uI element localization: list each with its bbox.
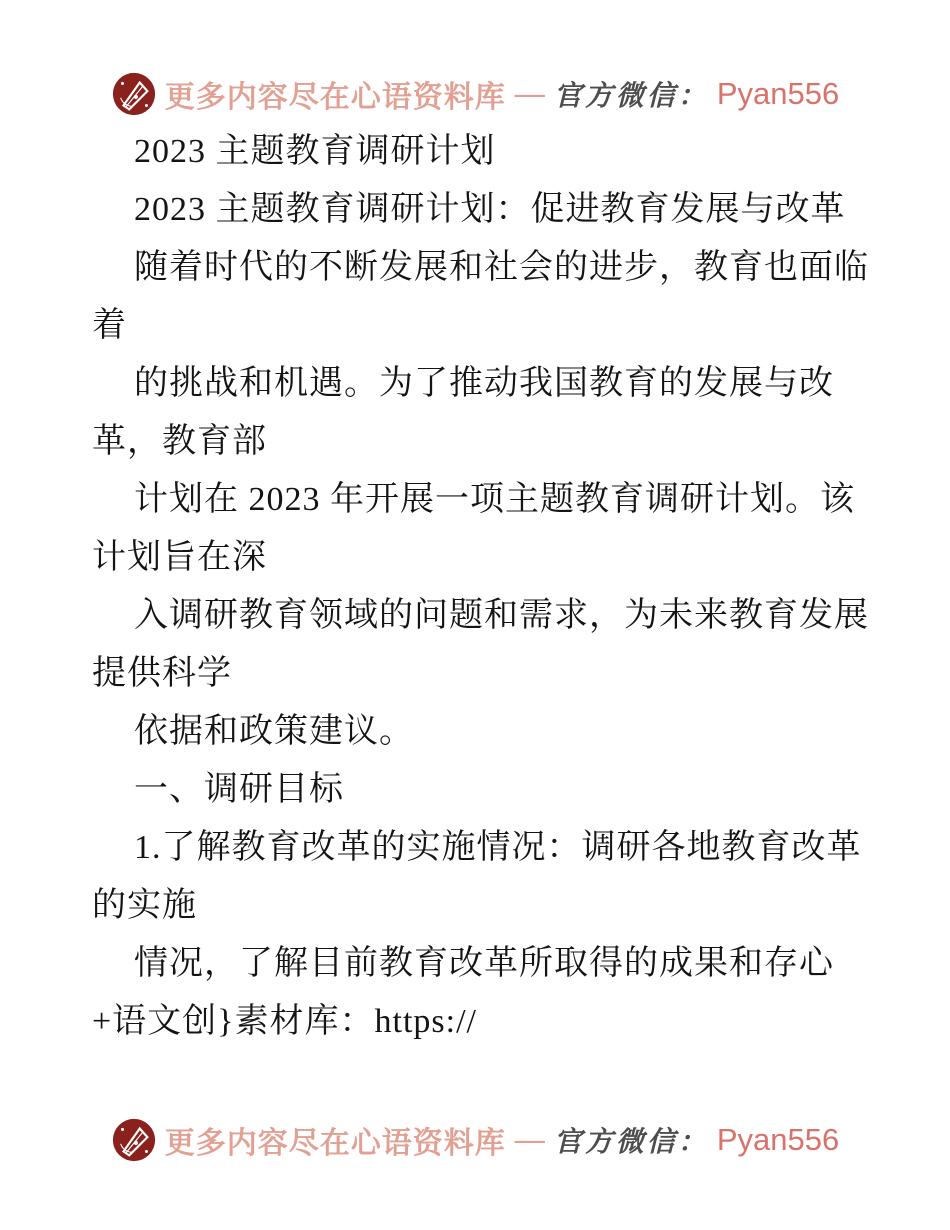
text-line: 革，教育部 bbox=[92, 413, 905, 471]
text-line: 情况，了解目前教育改革所取得的成果和存心 bbox=[92, 935, 905, 993]
text-line: 依据和政策建议。 bbox=[92, 703, 905, 761]
text-line: 2023 主题教育调研计划：促进教育发展与改革 bbox=[92, 181, 905, 239]
text-line: 1.了解教育改革的实施情况：调研各地教育改革 bbox=[92, 819, 905, 877]
brand-text: 更多内容尽在心语资料库 bbox=[165, 72, 506, 116]
text-line: 2023 主题教育调研计划 bbox=[92, 123, 905, 181]
text-line: +语文创}素材库：https:// bbox=[92, 993, 905, 1051]
document-page: 更多内容尽在心语资料库—官方微信：Pyan556 2023 主题教育调研计划20… bbox=[0, 0, 950, 1230]
text-line: 着 bbox=[92, 297, 905, 355]
text-line: 提供科学 bbox=[92, 645, 905, 703]
text-line: 计划旨在深 bbox=[92, 529, 905, 587]
brand-separator: — bbox=[515, 1123, 545, 1157]
brand-text: 更多内容尽在心语资料库 bbox=[165, 1118, 506, 1162]
header-banner: 更多内容尽在心语资料库—官方微信：Pyan556 bbox=[0, 70, 950, 118]
wechat-id: Pyan556 bbox=[717, 1122, 839, 1158]
text-line: 的挑战和机遇。为了推动我国教育的发展与改 bbox=[92, 355, 905, 413]
wechat-label: 官方微信： bbox=[554, 74, 709, 114]
text-line: 一、调研目标 bbox=[92, 761, 905, 819]
wechat-label: 官方微信： bbox=[554, 1120, 709, 1160]
brand-logo-icon bbox=[111, 71, 157, 117]
text-line: 入调研教育领域的问题和需求，为未来教育发展 bbox=[92, 587, 905, 645]
wechat-id: Pyan556 bbox=[717, 76, 839, 112]
brand-separator: — bbox=[515, 77, 545, 111]
text-line: 的实施 bbox=[92, 877, 905, 935]
footer-banner: 更多内容尽在心语资料库—官方微信：Pyan556 bbox=[0, 1116, 950, 1164]
brand-logo-icon bbox=[111, 1117, 157, 1163]
text-line: 计划在 2023 年开展一项主题教育调研计划。该 bbox=[92, 471, 905, 529]
text-line: 随着时代的不断发展和社会的进步，教育也面临 bbox=[92, 239, 905, 297]
document-body: 2023 主题教育调研计划2023 主题教育调研计划：促进教育发展与改革随着时代… bbox=[92, 123, 905, 1051]
